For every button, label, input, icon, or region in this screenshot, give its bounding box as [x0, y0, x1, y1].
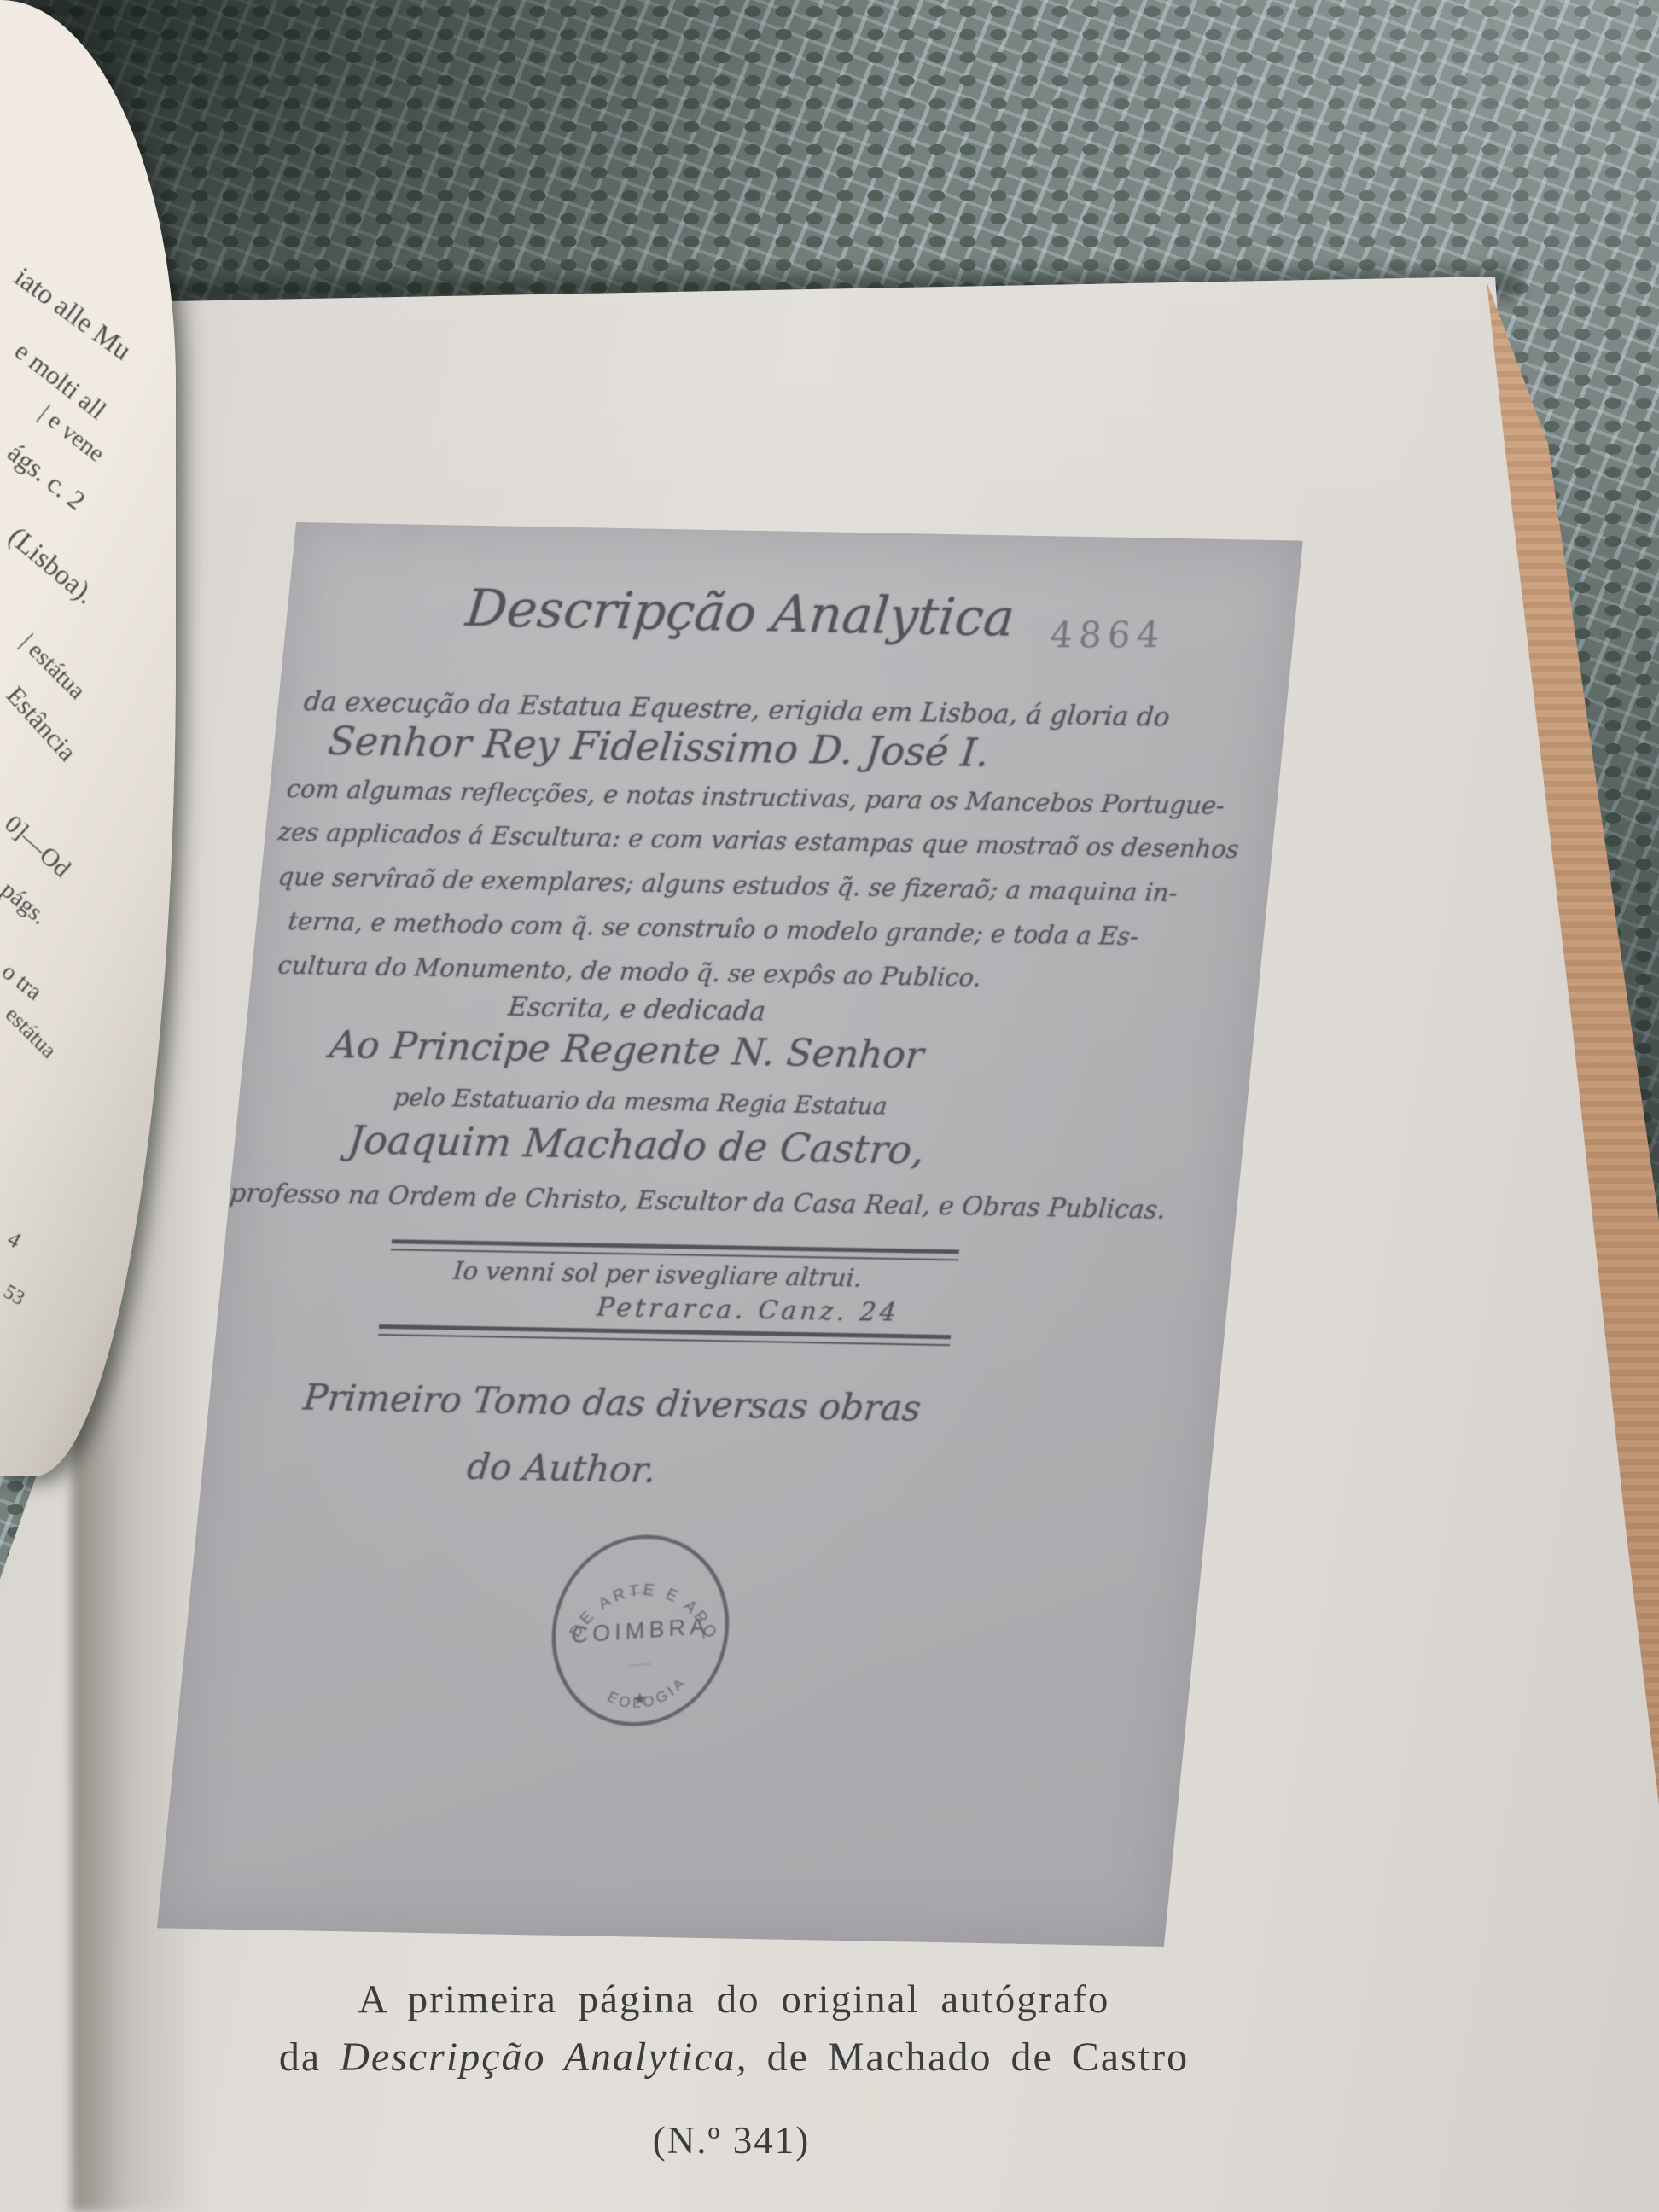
svg-text:EOLOGIA: EOLOGIA [604, 1673, 690, 1714]
left-page-text-fragment: 0]—Od [0, 810, 76, 884]
manuscript-title: Descripção Analytica [396, 577, 1085, 649]
caption-line-2: da Descripção Analytica, de Machado de C… [154, 2034, 1314, 2081]
manuscript-tomo-line: do Author. [449, 1446, 675, 1492]
left-page-text-fragment: (Lisboa). [2, 521, 101, 612]
book-photo: iato alle Mu e molti all | e vene ágs. c… [0, 0, 1659, 2212]
caption-line-1: A primeira página do original autógrafo [154, 1976, 1314, 2023]
caption-line-2-suffix: de Machado de Castro [748, 2034, 1190, 2080]
manuscript-line: terna, e methodo com q̃. se construîo o … [276, 906, 1150, 952]
manuscript-line: zes applicados á Escultura: e com varias… [276, 818, 1175, 863]
left-page-text-fragment: págs. [0, 876, 53, 930]
caption-line-2-prefix: da [279, 2034, 340, 2080]
caption-catalogue-number: (N.º 341) [148, 2118, 1314, 2163]
manuscript-quote-attribution: Petrarca. Canz. 24 [542, 1291, 954, 1329]
manuscript-line: cultura do Monumento, de modo q̃. se exp… [276, 951, 936, 992]
stamp-rim-bottom-text: EOLOGIA [604, 1673, 690, 1714]
stamp-divider: —·— [629, 1587, 653, 1599]
manuscript-rule [378, 1324, 951, 1346]
stamp-divider: —·— [628, 1659, 652, 1671]
left-page-text-fragment: 4 [3, 1226, 25, 1254]
manuscript-line: professo na Ordem de Christo, Escultor d… [228, 1179, 1152, 1225]
left-page-text-fragment: o tra [0, 958, 47, 1006]
left-page-text-fragment: estátua [0, 1002, 61, 1063]
caption-work-title: Descripção Analytica, [340, 2034, 748, 2080]
manuscript-tomo-line: Primeiro Tomo das diversas obras [301, 1376, 920, 1429]
plate-caption: A primeira página do original autógrafo … [154, 1976, 1314, 2163]
manuscript-dedication: Ao Principe Regente N. Senhor [328, 1023, 895, 1077]
facsimile-plate: 4864 Descripção Analytica da execução da… [157, 522, 1303, 1947]
stamp-star-icon: ★ [632, 1691, 647, 1709]
manuscript-line: que servîraõ de exemplares; alguns estud… [276, 862, 1167, 907]
manuscript-author-name: Joaquim Machado de Castro, [344, 1116, 928, 1173]
manuscript-line: com algumas reflecções, e notas instruct… [286, 774, 1167, 819]
left-page-text-fragment: 53 [0, 1281, 28, 1311]
manuscript-quote: Io venni sol per isvegliare altrui. [417, 1255, 898, 1293]
manuscript-line: pelo Estatuario da mesma Regia Estatua [358, 1082, 923, 1121]
manuscript-line: Escrita, e dedicada [452, 991, 822, 1028]
library-stamp-icon: DE ARTE E ARQ EOLOGIA —·— COIMBRA —·— ★ [544, 1522, 737, 1738]
